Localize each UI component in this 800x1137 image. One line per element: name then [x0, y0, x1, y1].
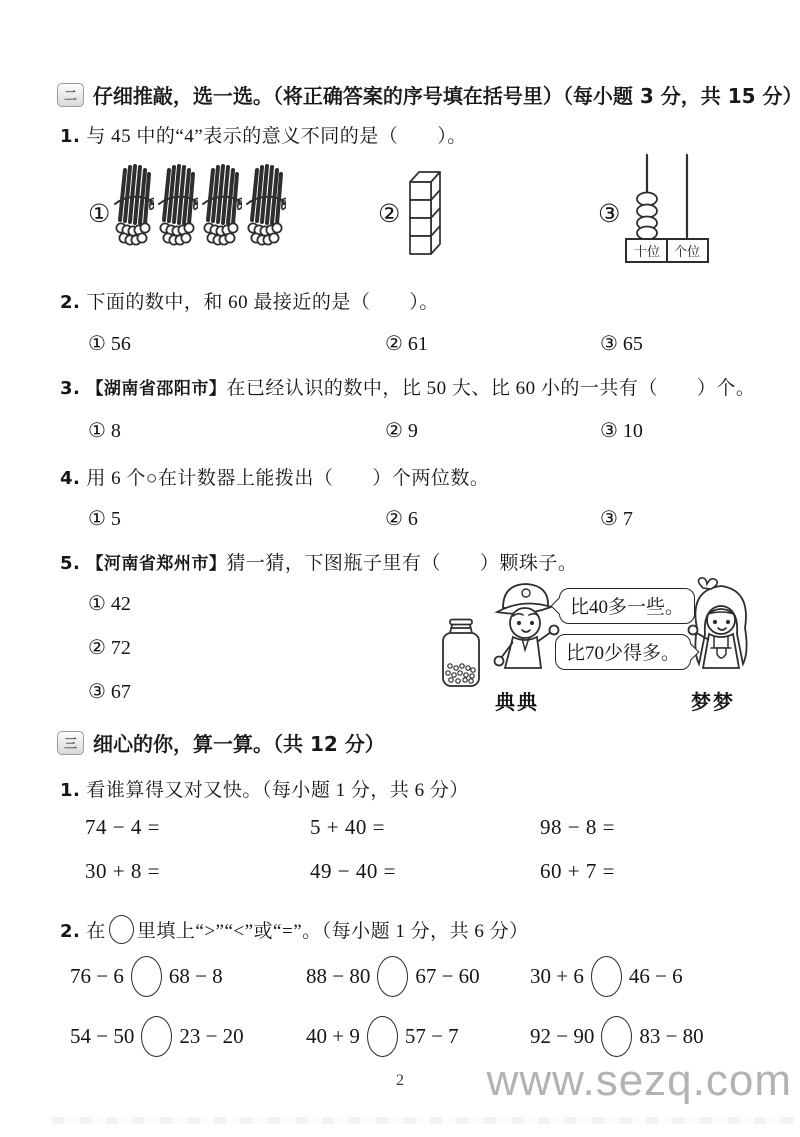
- left-expression: 30 + 6: [530, 964, 584, 989]
- question-number: 2.: [60, 921, 80, 942]
- tens-place-label: 十位: [634, 244, 660, 259]
- left-expression: 88 − 80: [306, 964, 370, 989]
- boy-illustration: [485, 576, 565, 684]
- compare-item: 30 + 646 − 6: [530, 956, 683, 997]
- answer-circle-icon: [109, 915, 134, 944]
- stick-bundles-figure: [112, 162, 286, 266]
- math-problem: 30 + 8 =: [85, 859, 160, 884]
- q2-option-3: ③ 65: [600, 331, 643, 356]
- question-number: 3.: [60, 378, 80, 399]
- math-problem: 5 + 40 =: [310, 815, 385, 840]
- right-expression: 23 − 20: [179, 1024, 243, 1049]
- q5-option-2: ② 72: [88, 635, 131, 660]
- bead-jar-icon: [439, 618, 483, 688]
- q4-option-3: ③ 7: [600, 506, 633, 531]
- q5-option-1: ① 42: [88, 591, 131, 616]
- stick-bundle-icon: [112, 162, 154, 266]
- left-expression: 92 − 90: [530, 1024, 594, 1049]
- question-3: 3.【湖南省邵阳市】在已经认识的数中，比 50 大、比 60 小的一共有（ ）个…: [60, 373, 755, 400]
- question-number: 5.: [60, 553, 80, 574]
- compare-circle: [367, 1016, 398, 1057]
- q5-illustration: 典典 比40多一些。 比70少得多。 梦梦: [433, 574, 765, 712]
- question-source: 【湖南省邵阳市】: [86, 379, 226, 399]
- section-number-badge: 二: [57, 83, 84, 107]
- question-text: 用 6 个○在计数器上能拨出（ ）个两位数。: [86, 468, 489, 489]
- girl-name-label: 梦梦: [691, 686, 735, 715]
- boy-name-label: 典典: [495, 686, 539, 715]
- stick-bundle-icon: [200, 162, 242, 266]
- math-problem: 49 − 40 =: [310, 859, 396, 884]
- cube-tower-icon: [404, 168, 442, 262]
- scan-edge-artifact: [52, 1117, 794, 1124]
- calc-section-title: 细心的你，算一算。（共 12 分）: [93, 728, 385, 757]
- q3-option-1: ① 8: [88, 418, 121, 443]
- question-4: 4.用 6 个○在计数器上能拨出（ ）个两位数。: [60, 463, 489, 490]
- left-expression: 40 + 9: [306, 1024, 360, 1049]
- place-value-counter-icon: 十位 个位: [624, 150, 710, 264]
- choice-section-title: 仔细推敲，选一选。（将正确答案的序号填在括号里）（每小题 3 分，共 15 分）: [93, 80, 800, 109]
- bubble-text: 比40多一些。: [570, 597, 684, 618]
- question-1: 1.与 45 中的“4”表示的意义不同的是（ ）。: [60, 121, 467, 148]
- stick-bundle-icon: [244, 162, 286, 266]
- compare-circle: [141, 1016, 172, 1057]
- watermark: www.sezq.com: [487, 1056, 792, 1106]
- compare-circle: [377, 956, 408, 997]
- right-expression: 67 − 60: [415, 964, 479, 989]
- q5-option-3: ③ 67: [88, 679, 131, 704]
- calc-question-2: 2.在里填上“>”“<”或“=”。（每小题 1 分，共 6 分）: [60, 915, 529, 944]
- question-text: 下面的数中，和 60 最接近的是（ ）。: [86, 292, 439, 313]
- right-expression: 83 − 80: [639, 1024, 703, 1049]
- section-number-badge: 三: [57, 731, 84, 755]
- compare-item: 88 − 8067 − 60: [306, 956, 480, 997]
- question-source: 【河南省郑州市】: [86, 554, 226, 574]
- math-problem: 98 − 8 =: [540, 815, 615, 840]
- question-5: 5.【河南省郑州市】猜一猜，下图瓶子里有（ ）颗珠子。: [60, 548, 577, 575]
- worksheet-page: 二 仔细推敲，选一选。（将正确答案的序号填在括号里）（每小题 3 分，共 15 …: [0, 0, 800, 1137]
- calc-question-1: 1.看谁算得又对又快。（每小题 1 分，共 6 分）: [60, 775, 469, 802]
- question-number: 1.: [60, 780, 80, 801]
- q3-option-2: ② 9: [385, 418, 418, 443]
- compare-circle: [131, 956, 162, 997]
- question-number: 1.: [60, 126, 80, 147]
- stick-bundle-icon: [156, 162, 198, 266]
- compare-circle: [601, 1016, 632, 1057]
- speech-bubble-1: 比40多一些。: [559, 588, 695, 624]
- q2-option-1: ① 56: [88, 331, 131, 356]
- option-3-mark: ③: [598, 199, 620, 229]
- q4-option-2: ② 6: [385, 506, 418, 531]
- math-problem: 74 − 4 =: [85, 815, 160, 840]
- left-expression: 76 − 6: [70, 964, 124, 989]
- question-2: 2.下面的数中，和 60 最接近的是（ ）。: [60, 287, 439, 314]
- question-number: 2.: [60, 292, 80, 313]
- compare-item: 54 − 5023 − 20: [70, 1016, 244, 1057]
- option-2-mark: ②: [378, 199, 400, 229]
- right-expression: 46 − 6: [629, 964, 683, 989]
- right-expression: 68 − 8: [169, 964, 223, 989]
- calc-section-header: 三 细心的你，算一算。（共 12 分）: [57, 728, 385, 757]
- left-expression: 54 − 50: [70, 1024, 134, 1049]
- right-expression: 57 − 7: [405, 1024, 459, 1049]
- ones-place-label: 个位: [674, 244, 700, 259]
- option-1-mark: ①: [88, 199, 110, 229]
- choice-section-header: 二 仔细推敲，选一选。（将正确答案的序号填在括号里）（每小题 3 分，共 15 …: [57, 80, 800, 109]
- compare-circle: [591, 956, 622, 997]
- question-text: 在已经认识的数中，比 50 大、比 60 小的一共有（ ）个。: [226, 378, 755, 399]
- q3-option-3: ③ 10: [600, 418, 643, 443]
- compare-item: 40 + 957 − 7: [306, 1016, 459, 1057]
- question-text: 猜一猜，下图瓶子里有（ ）颗珠子。: [226, 553, 577, 574]
- compare-item: 76 − 668 − 8: [70, 956, 223, 997]
- question-text: 看谁算得又对又快。（每小题 1 分，共 6 分）: [86, 780, 469, 801]
- compare-item: 92 − 9083 − 80: [530, 1016, 704, 1057]
- q4-option-1: ① 5: [88, 506, 121, 531]
- question-text-before: 在: [86, 921, 106, 942]
- math-problem: 60 + 7 =: [540, 859, 615, 884]
- question-text-after: 里填上“>”“<”或“=”。（每小题 1 分，共 6 分）: [137, 921, 529, 942]
- speech-bubble-2: 比70少得多。: [555, 634, 691, 670]
- question-text: 与 45 中的“4”表示的意义不同的是（ ）。: [86, 126, 466, 147]
- question-number: 4.: [60, 468, 80, 489]
- q2-option-2: ② 61: [385, 331, 428, 356]
- bubble-text: 比70少得多。: [566, 643, 680, 664]
